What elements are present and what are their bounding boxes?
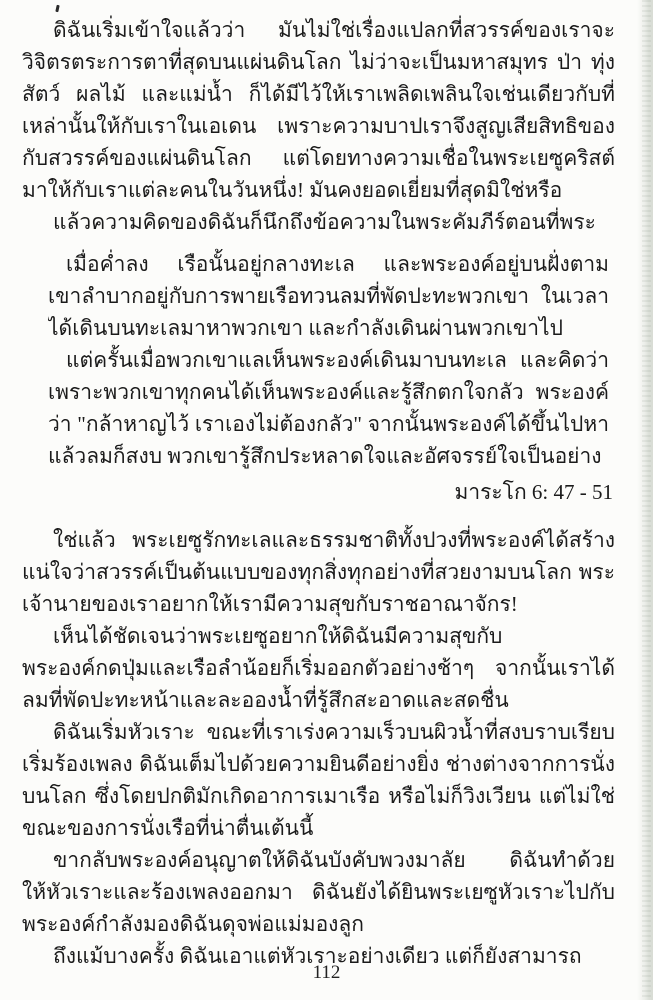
text-line: ดิฉันเริ่มหัวเราะ ขณะที่เราเร่งความเร็วบ… [22,716,615,748]
text-line: สัตว์ ผลไม้ และแม่น้ำ ก็ได้มีไว้ให้เราเพ… [22,78,615,110]
text-line: แน่ใจว่าสวรรค์เป็นต้นแบบของทุกสิ่งทุกอย่… [22,556,615,588]
text-line: มาให้กับเราแต่ละคนในวันหนึ่ง! มันคงยอดเย… [22,174,615,206]
body-paragraph: ขากลับพระองค์อนุญาตให้ดิฉันบังคับพวงมาลั… [22,844,615,940]
text-line: พระองค์กดปุ่มและเรือลำน้อยก็เริ่มออกตัวอ… [22,652,615,684]
body-paragraph: ใช่แล้ว พระเยซูรักทะเลและธรรมชาติทั้งปวง… [22,524,615,620]
text-line: ใช่แล้ว พระเยซูรักทะเลและธรรมชาติทั้งปวง… [22,524,615,556]
text-line: ให้หัวเราะและร้องเพลงออกมา ดิฉันยังได้ยิ… [22,876,615,908]
text-line: เริ่มร้องเพลง ดิฉันเต็มไปด้วยความยินดีอย… [22,748,615,780]
page-number: 112 [0,962,653,984]
text-line: แล้วลมก็สงบ พวกเขารู้สึกประหลาดใจและอัศจ… [48,440,609,472]
text-line: ดิฉันเริ่มเข้าใจแล้วว่า มันไม่ใช่เรื่องแ… [22,14,615,46]
scanned-page-edge-texture [642,0,651,1000]
text-line: ได้เดินบนทะเลมาหาพวกเขา และกำลังเดินผ่าน… [48,312,609,344]
body-paragraph: เห็นได้ชัดเจนว่าพระเยซูอยากให้ดิฉันมีควา… [22,620,615,716]
text-line: ขากลับพระองค์อนุญาตให้ดิฉันบังคับพวงมาลั… [22,844,615,876]
body-paragraph: แล้วความคิดของดิฉันก็นึกถึงข้อความในพระค… [22,206,615,238]
text-line: บนโลก ซึ่งโดยปกติมักเกิดอาการเมาเรือ หรื… [22,780,615,812]
text-line: เมื่อค่ำลง เรือนั้นอยู่กลางทะเล และพระอง… [48,248,609,280]
text-line: ว่า "กล้าหาญไว้ เราเองไม่ต้องกลัว" จากนั… [48,408,609,440]
text-line: เจ้านายของเราอยากให้เรามีความสุขกับราชอา… [22,588,615,620]
scripture-quote-paragraph: แต่ครั้นเมื่อพวกเขาแลเห็นพระองค์เดินมาบน… [48,344,609,472]
text-line: เพราะพวกเขาทุกคนได้เห็นพระองค์และรู้สึกต… [48,376,609,408]
text-line: พระองค์กำลังมองดิฉันดุจพ่อแม่มองลูก [22,908,615,940]
scripture-reference: มาระโก 6: 47 - 51 [22,476,615,508]
text-line: ขณะของการนั่งเรือที่น่าตื่นเต้นนี้ [22,812,615,844]
text-line: วิจิตรตระการตาที่สุดบนแผ่นดินโลก ไม่ว่าจ… [22,46,615,78]
text-line: แต่ครั้นเมื่อพวกเขาแลเห็นพระองค์เดินมาบน… [48,344,609,376]
text-line: แล้วความคิดของดิฉันก็นึกถึงข้อความในพระค… [22,206,615,238]
scan-artifact-mark [55,5,59,12]
text-column: ดิฉันเริ่มเข้าใจแล้วว่า มันไม่ใช่เรื่องแ… [22,14,615,972]
text-line: ลมที่พัดปะทะหน้าและละอองน้ำที่รู้สึกสะอา… [22,684,615,716]
text-line: เห็นได้ชัดเจนว่าพระเยซูอยากให้ดิฉันมีควา… [22,620,615,652]
text-line: กับสวรรค์ของแผ่นดินโลก แต่โดยทางความเชื่… [22,142,615,174]
body-paragraph: ดิฉันเริ่มหัวเราะ ขณะที่เราเร่งความเร็วบ… [22,716,615,844]
text-line: เขาลำบากอยู่กับการพายเรือทวนลมที่พัดปะทะ… [48,280,609,312]
body-paragraph: ดิฉันเริ่มเข้าใจแล้วว่า มันไม่ใช่เรื่องแ… [22,14,615,206]
scripture-quote-paragraph: เมื่อค่ำลง เรือนั้นอยู่กลางทะเล และพระอง… [48,248,609,344]
book-page: ดิฉันเริ่มเข้าใจแล้วว่า มันไม่ใช่เรื่องแ… [0,0,653,1000]
text-line: เหล่านั้นให้กับเราในเอเดน เพราะความบาปเร… [22,110,615,142]
